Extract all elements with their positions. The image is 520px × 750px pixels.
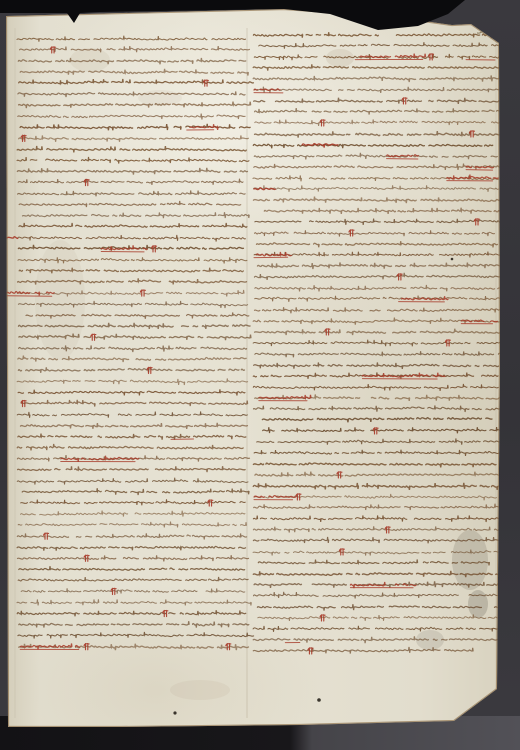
manuscript-photograph: 56	[0, 0, 520, 750]
red-rubrics	[7, 47, 498, 654]
handwritten-text-layer	[0, 0, 520, 750]
manuscript-page: 56	[0, 0, 520, 750]
